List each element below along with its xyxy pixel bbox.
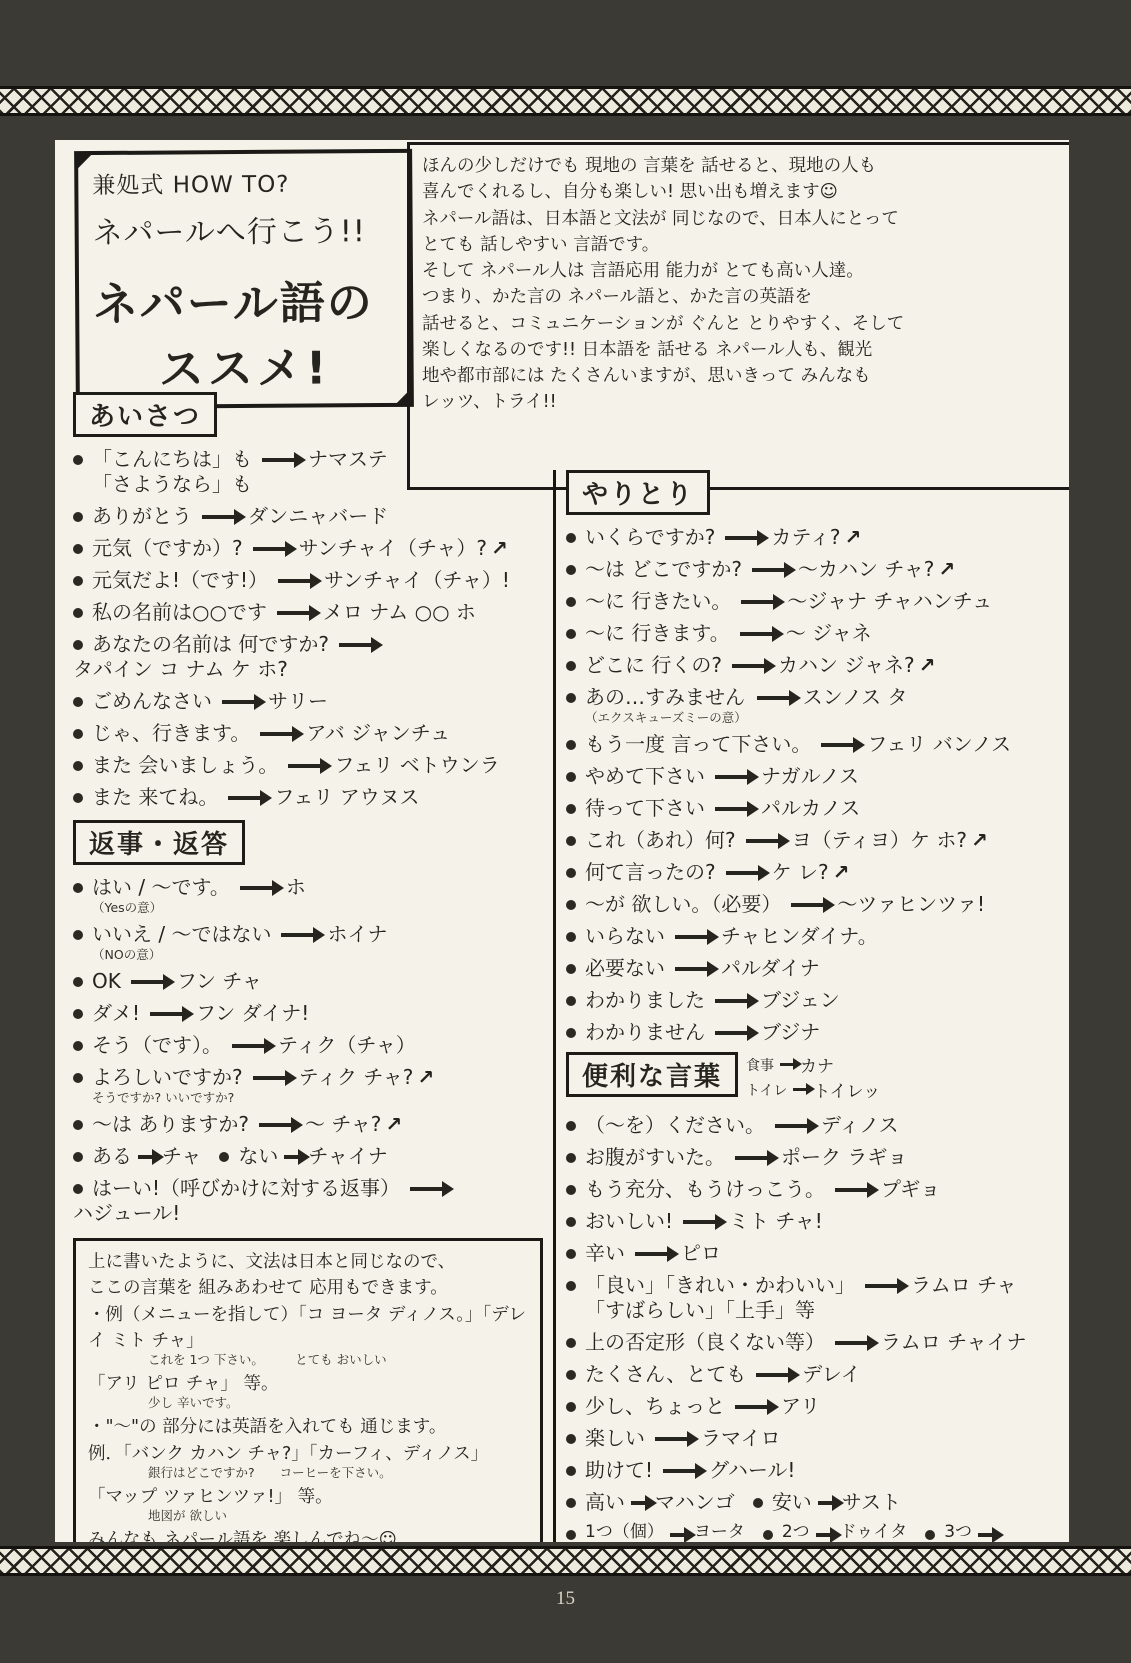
phrase-row: あの…すみません（エクスキューズミーの意）スンノス タ (566, 685, 1065, 725)
phrase-nepali: パルダイナ (721, 956, 820, 981)
phrase-japanese: じゃ、行きます。 (92, 721, 250, 746)
phrase-row: お腹がすいた。ポーク ラギョ (566, 1145, 1065, 1170)
arrow-icon (339, 643, 373, 647)
phrase-japanese-text: ある (92, 1144, 132, 1168)
phrase-japanese: ある (92, 1144, 132, 1169)
rising-intonation-icon: ↗ (971, 828, 988, 852)
phrase-nepali: ディノス (821, 1113, 899, 1138)
scanned-page: 兼処式 HOW TO? ネパールへ行こう!! ネパール語の ススメ! ほんの少し… (0, 0, 1131, 1663)
bullet-icon (566, 900, 576, 910)
phrase-row: 上の否定形（良くない等）ラムロ チャイナ (566, 1330, 1065, 1355)
arrow-icon (278, 579, 312, 583)
phrase-note: （NOの意） (92, 947, 271, 962)
phrase-japanese-text: ごめんなさい (92, 689, 212, 713)
phrase-row: 辛いピロ (566, 1241, 1065, 1266)
arrow-icon (683, 1220, 717, 1224)
phrase-nepali-text: カハン ジャネ? (778, 653, 915, 677)
page-number: 15 (0, 1588, 1131, 1610)
phrase-nepali-text: アバ ジャンチュ (306, 721, 450, 745)
phrase-japanese-text: やめて下さい (585, 764, 705, 788)
phrase-row: 「こんにちは」も「さようなら」もナマステ (73, 447, 563, 497)
phrase-japanese: 高い (585, 1490, 625, 1515)
phrase-japanese-text: わかりません (585, 1020, 705, 1044)
phrase-nepali-text: サスト (842, 1490, 901, 1514)
left-column: あいさつ 「こんにちは」も「さようなら」もナマステありがとうダンニャバード元気（… (73, 392, 563, 1542)
phrase-row: やめて下さいナガルノス (566, 764, 1065, 789)
phrase-japanese: ～に 行きます。 (585, 621, 730, 646)
phrase-japanese-text: どこに 行くの? (585, 653, 722, 677)
phrase-japanese-line2: 「すばらしい」「上手」等 (585, 1298, 855, 1323)
phrase-japanese: わかりません (585, 1020, 705, 1045)
gloss-line: これを 1つ 下さい。 とても おいしい (88, 1352, 528, 1367)
phrase-row: OKフン チャ (73, 969, 563, 994)
greetings-list: 「こんにちは」も「さようなら」もナマステありがとうダンニャバード元気（ですか）?… (73, 447, 563, 810)
text-line: みんなも ネパール語を 楽しんでね～☺ (88, 1527, 528, 1542)
phrase-japanese-text: じゃ、行きます。 (92, 721, 250, 745)
phrase-nepali-text: ～ツァヒンツァ! (837, 892, 985, 916)
phrase-japanese: ～が 欲しい。（必要） (585, 892, 781, 917)
bullet-icon (73, 883, 83, 893)
arrow-icon (410, 1187, 444, 1191)
arrow-icon (232, 1044, 266, 1048)
arrow-icon (675, 935, 709, 939)
arrow-icon (780, 1063, 794, 1066)
arrow-icon (791, 903, 825, 907)
phrase-row: 待って下さいパルカノス (566, 796, 1065, 821)
section-header-replies: 返事・返答 (73, 820, 245, 865)
arrow-icon (715, 1031, 749, 1035)
phrase-row: ～に 行きます。～ ジャネ (566, 621, 1065, 646)
phrase-nepali: ケ レ?↗ (772, 860, 850, 885)
section-header-useful: 便利な言葉 (566, 1052, 738, 1097)
phrase-note: （エクスキューズミーの意） (585, 710, 747, 725)
phrase-nepali: ヨ（ティヨ）ケ ホ?↗ (792, 828, 988, 853)
phrase-nepali: プギョ (881, 1177, 940, 1202)
bullet-icon (566, 868, 576, 878)
bullet-icon (566, 932, 576, 942)
arrow-icon (277, 611, 311, 615)
phrase-nepali-text: ピロ (681, 1241, 721, 1265)
bullet-icon (73, 930, 83, 940)
phrase-nepali-text: サリー (268, 689, 328, 713)
phrase-japanese-text: 少し、ちょっと (585, 1394, 725, 1418)
phrase-nepali: ラムロ チャ (911, 1273, 1017, 1298)
section-useful: 便利な言葉 食事 カナ トイレ トイレッ （～ (566, 1052, 1065, 1542)
phrase-japanese: また 来てね。 (92, 785, 218, 810)
phrase-nepali-text: ミト チャ! (729, 1209, 823, 1233)
bullet-icon (566, 629, 576, 639)
phrase-note: そうですか? いいですか? (92, 1090, 243, 1105)
phrase-row: もう充分、もうけっこう。プギョ (566, 1177, 1065, 1202)
rising-intonation-icon: ↗ (491, 536, 508, 560)
arrow-icon (655, 1437, 689, 1441)
phrase-japanese: 必要ない (585, 956, 665, 981)
phrase-nepali-text: タパイン コ ナム ケ ホ? (73, 657, 288, 681)
phrase-japanese: もう充分、もうけっこう。 (585, 1177, 825, 1202)
bullet-icon (566, 772, 576, 782)
phrase-row: わかりませんブジナ (566, 1020, 1065, 1045)
phrase-japanese: 楽しい (585, 1426, 645, 1451)
phrase-row: ごめんなさいサリー (73, 689, 563, 714)
bullet-icon (73, 1152, 83, 1162)
phrase-japanese-text: また 来てね。 (92, 785, 218, 809)
phrase-row: 助けて!グハール! (566, 1458, 1065, 1483)
phrase-nepali-text: ドゥイタ (840, 1522, 908, 1542)
arrow-icon (732, 664, 766, 668)
phrase-japanese: ごめんなさい (92, 689, 212, 714)
bullet-icon (73, 640, 83, 650)
phrase-nepali: チャ (162, 1144, 201, 1169)
phrase-row: どこに 行くの?カハン ジャネ?↗ (566, 653, 1065, 678)
arrow-icon (740, 632, 774, 636)
replies-list: はい / ～です。（Yesの意）ホいいえ / ～ではない（NOの意）ホイナOKフ… (73, 875, 563, 1226)
phrase-japanese-text: ～は どこですか? (585, 557, 742, 581)
arrow-icon (131, 980, 165, 984)
phrase-nepali: ～ジャナ チャハンチュ (787, 589, 992, 614)
text-line: 上に書いたように、文法は日本と同じなので、 (88, 1249, 528, 1275)
phrase-nepali-text: ティク（チャ） (278, 1033, 416, 1057)
bullet-icon (73, 977, 83, 987)
phrase-japanese: ～は どこですか? (585, 557, 742, 582)
phrase-japanese-text: はい / ～です。 (92, 875, 230, 899)
phrase-row: ～に 行きたい。～ジャナ チャハンチュ (566, 589, 1065, 614)
bullet-icon (566, 597, 576, 607)
arrow-icon (240, 886, 274, 890)
phrase-japanese-text: 3つ (944, 1522, 972, 1542)
phrase-japanese-text: 「こんにちは」も (92, 447, 252, 471)
phrase-row: 楽しいラマイロ (566, 1426, 1065, 1451)
text-line: 楽しくなるのです!! 日本語を 話せる ネパール人も、観光 (422, 337, 1069, 363)
bullet-icon (73, 1073, 83, 1083)
arrow-icon (222, 700, 256, 704)
phrase-row: はーい!（呼びかけに対する返事）ハジュール! (73, 1176, 563, 1226)
arrow-icon (260, 732, 294, 736)
gloss-line: 地図が 欲しい (88, 1508, 528, 1523)
right-column: やりとり いくらですか?カティ?↗～は どこですか?～カハン チャ?↗～に 行き… (553, 470, 1065, 1542)
bullet-icon (73, 1184, 83, 1194)
arrow-icon (138, 1155, 154, 1159)
phrase-row: これ（あれ）何?ヨ（ティヨ）ケ ホ?↗ (566, 828, 1065, 853)
bullet-icon (566, 1402, 576, 1412)
phrase-japanese-text: あなたの名前は 何ですか? (92, 632, 329, 656)
bullet-icon (566, 1370, 576, 1380)
phrase-row: わかりましたブジェン (566, 988, 1065, 1013)
section-header-exchange: やりとり (566, 470, 710, 515)
phrase-japanese: これ（あれ）何? (585, 828, 736, 853)
bullet-icon (566, 1185, 576, 1195)
phrase-nepali: ピロ (681, 1241, 721, 1266)
phrase-japanese: 上の否定形（良くない等） (585, 1330, 825, 1355)
phrase-japanese: 食事 (746, 1055, 774, 1075)
bullet-icon (73, 1120, 83, 1130)
phrase-japanese-text: 助けて! (585, 1458, 653, 1482)
phrase-nepali: ナガルノス (761, 764, 859, 789)
phrase-row: トイレ トイレッ (746, 1077, 880, 1102)
phrase-nepali-text: ヨータ (694, 1522, 745, 1542)
phrase-japanese: いくらですか? (585, 525, 715, 550)
phrase-row: ありがとうダンニャバード (73, 504, 563, 529)
text-line: 「マップ ツァヒンツァ!」 等。 (88, 1484, 528, 1510)
phrase-japanese: いいえ / ～ではない（NOの意） (92, 922, 271, 962)
phrase-row: （～を）ください。ディノス (566, 1113, 1065, 1138)
phrase-nepali: ナマステ (308, 447, 388, 472)
phrase-japanese-text: 楽しい (585, 1426, 645, 1450)
phrase-nepali: フェリ アウヌス (274, 785, 419, 810)
phrase-nepali: ～ ジャネ (786, 621, 872, 646)
phrase-nepali: ドゥイタ (840, 1522, 908, 1542)
phrase-nepali: サスト (842, 1490, 901, 1515)
phrase-nepali: ミト チャ! (729, 1209, 823, 1234)
phrase-nepali: ～ チャ?↗ (305, 1112, 402, 1137)
phrase-nepali-text: パルダイナ (721, 956, 820, 980)
phrase-nepali: ホイナ (327, 922, 387, 947)
text-line: 地や都市部には たくさんいますが、思いきって みんなも (422, 363, 1069, 389)
phrase-japanese-text: 元気だよ!（です!） (92, 568, 268, 592)
phrase-japanese: もう一度 言って下さい。 (585, 732, 811, 757)
phrase-japanese: 辛い (585, 1241, 625, 1266)
phrase-japanese: 待って下さい (585, 796, 705, 821)
phrase-japanese-text: もう充分、もうけっこう。 (585, 1177, 825, 1201)
arrow-icon (631, 1501, 647, 1505)
phrase-japanese-text: もう一度 言って下さい。 (585, 732, 811, 756)
bullet-icon (566, 1121, 576, 1131)
useful-list: （～を）ください。ディノスお腹がすいた。ポーク ラギョもう充分、もうけっこう。プ… (566, 1113, 1065, 1542)
phrase-japanese: ありがとう (92, 504, 192, 529)
arrow-icon (757, 696, 791, 700)
arrow-icon (816, 1533, 832, 1537)
phrase-japanese: よろしいですか?そうですか? いいですか? (92, 1065, 243, 1105)
phrase-nepali: ポーク ラギョ (781, 1145, 907, 1170)
title-subtitle: ネパールへ行こう!! (93, 206, 395, 252)
phrase-japanese-text: ダメ! (92, 1001, 140, 1025)
phrase-japanese-text: 何て言ったの? (585, 860, 716, 884)
phrase-nepali-text: フェリ アウヌス (274, 785, 419, 809)
phrase-nepali: チャヒンダイナ。 (721, 924, 878, 949)
section-greetings: あいさつ 「こんにちは」も「さようなら」もナマステありがとうダンニャバード元気（… (73, 392, 563, 810)
phrase-nepali-text: デレイ (802, 1362, 861, 1386)
phrase-japanese-text: そう（です）。 (92, 1033, 222, 1057)
phrase-nepali: アバ ジャンチュ (306, 721, 450, 746)
arrow-icon (202, 515, 236, 519)
ornament-border-bottom (0, 1546, 1131, 1576)
phrase-nepali: ラマイロ (701, 1426, 781, 1451)
phrase-nepali-text: プギョ (881, 1177, 940, 1201)
phrase-nepali: フェリ ベトウンラ (334, 753, 499, 778)
useful-words-header-row: 便利な言葉 食事 カナ トイレ トイレッ (566, 1052, 1065, 1107)
exchange-list: いくらですか?カティ?↗～は どこですか?～カハン チャ?↗～に 行きたい。～ジ… (566, 525, 1065, 1045)
phrase-japanese: トイレ (746, 1080, 787, 1100)
phrase-nepali-text: チャ (162, 1144, 201, 1168)
phrase-nepali: ラムロ チャイナ (881, 1330, 1027, 1355)
arrow-icon (670, 1533, 686, 1537)
phrase-japanese: 3つ (944, 1522, 972, 1542)
phrase-japanese: はーい!（呼びかけに対する返事） (92, 1176, 400, 1201)
phrase-nepali-text: ブジェン (761, 988, 840, 1012)
phrase-nepali: サリー (268, 689, 328, 714)
arrow-icon (715, 999, 749, 1003)
bullet-icon (73, 544, 83, 554)
phrase-nepali-text: ブジナ (761, 1020, 820, 1044)
phrase-nepali: マハンゴ (655, 1490, 735, 1515)
bullet-icon (566, 1530, 576, 1540)
arrow-icon (675, 967, 709, 971)
phrase-row: ～は ありますか?～ チャ?↗ (73, 1112, 563, 1137)
arrow-icon (726, 871, 760, 875)
rising-intonation-icon: ↗ (385, 1112, 402, 1136)
bullet-icon (566, 964, 576, 974)
phrase-nepali: ホ (286, 875, 306, 900)
bullet-icon (566, 565, 576, 575)
bullet-icon (753, 1498, 763, 1508)
text-line: ・"～"の 部分には英語を入れても 通じます。 (88, 1414, 528, 1440)
phrase-row: ～は どこですか?～カハン チャ?↗ (566, 557, 1065, 582)
phrase-nepali-text: ティク チャ? (299, 1065, 414, 1089)
bullet-icon (73, 1009, 83, 1019)
phrase-nepali-text: マハンゴ (655, 1490, 735, 1514)
bullet-icon (73, 608, 83, 618)
bullet-icon (566, 533, 576, 543)
phrase-nepali: デレイ (802, 1362, 861, 1387)
phrase-nepali: ブジナ (761, 1020, 820, 1045)
phrase-row: いらないチャヒンダイナ。 (566, 924, 1065, 949)
phrase-nepali: グハール! (709, 1458, 795, 1483)
phrase-nepali-text: ディノス (821, 1113, 899, 1137)
phrase-nepali-text: ナマステ (308, 447, 388, 471)
section-exchange: やりとり いくらですか?カティ?↗～は どこですか?～カハン チャ?↗～に 行き… (566, 470, 1065, 1045)
phrase-japanese-text: （～を）ください。 (585, 1113, 765, 1137)
phrase-japanese: おいしい! (585, 1209, 673, 1234)
phrase-nepali: ハジュール! (73, 1201, 180, 1226)
arrow-icon (288, 764, 322, 768)
phrase-row: はい / ～です。（Yesの意）ホ (73, 875, 563, 915)
phrase-nepali: スンノス タ (803, 685, 908, 710)
phrase-nepali: ～ツァヒンツァ! (837, 892, 985, 917)
bullet-icon (219, 1152, 229, 1162)
bullet-icon (566, 996, 576, 1006)
phrase-japanese: ～は ありますか? (92, 1112, 249, 1137)
bullet-icon (73, 455, 83, 465)
phrase-japanese-text: ～に 行きます。 (585, 621, 730, 645)
phrase-nepali-text: ダンニャバード (248, 504, 388, 528)
phrase-nepali-text: フン チャ (177, 969, 262, 993)
phrase-japanese-text: ～に 行きたい。 (585, 589, 731, 613)
arrow-icon (793, 1088, 807, 1091)
phrase-japanese: あなたの名前は 何ですか? (92, 632, 329, 657)
phrase-japanese: ダメ! (92, 1001, 140, 1026)
arrow-icon (752, 568, 786, 572)
phrase-japanese: 少し、ちょっと (585, 1394, 725, 1419)
phrase-row: おいしい!ミト チャ! (566, 1209, 1065, 1234)
phrase-japanese-text: 2つ (782, 1522, 810, 1542)
title-kicker: 兼処式 HOW TO? (92, 165, 394, 200)
arrow-icon (735, 1156, 769, 1160)
phrase-row: 食事 カナ (746, 1052, 880, 1077)
arrow-icon (284, 1155, 300, 1159)
page-title-line2: ススメ! (93, 331, 395, 398)
phrase-nepali-text: ラムロ チャイナ (881, 1330, 1027, 1354)
phrase-row: 「良い」「きれい・かわいい」「すばらしい」「上手」等ラムロ チャ (566, 1273, 1065, 1323)
phrase-nepali-text: チャイナ (308, 1144, 387, 1168)
phrase-row: 私の名前は○○ですメロ ナム ○○ ホ (73, 600, 563, 625)
phrase-japanese-text: いくらですか? (585, 525, 715, 549)
bullet-icon (73, 793, 83, 803)
bullet-icon (566, 740, 576, 750)
phrase-nepali: メロ ナム ○○ ホ (323, 600, 476, 625)
phrase-nepali: カティ?↗ (771, 525, 861, 550)
phrase-row: 1つ（個）ヨータ2つドゥイタ3つティンタ (566, 1522, 1065, 1542)
phrase-nepali: フン チャ (177, 969, 262, 994)
phrase-japanese-text: 私の名前は○○です (92, 600, 267, 624)
phrase-row: ダメ!フン ダイナ! (73, 1001, 563, 1026)
bullet-icon (566, 1028, 576, 1038)
phrase-row: いくらですか?カティ?↗ (566, 525, 1065, 550)
phrase-japanese-text: ありがとう (92, 504, 192, 528)
phrase-japanese: 「良い」「きれい・かわいい」「すばらしい」「上手」等 (585, 1273, 855, 1323)
text-line: ・例（メニューを指して）「コ ヨータ ディノス。」「デレイ ミト チャ」 (88, 1302, 528, 1355)
bullet-icon (566, 693, 576, 703)
phrase-japanese-text: 辛い (585, 1241, 625, 1265)
text-line: 例．「バンク カハン チャ?」「カーフィ、ディノス」 (88, 1441, 528, 1467)
phrase-row: いいえ / ～ではない（NOの意）ホイナ (73, 922, 563, 962)
arrow-icon (259, 1123, 293, 1127)
arrow-icon (835, 1341, 869, 1345)
phrase-nepali-text: メロ ナム ○○ ホ (323, 600, 476, 624)
phrase-nepali-text: ナガルノス (761, 764, 859, 788)
phrase-japanese: ～に 行きたい。 (585, 589, 731, 614)
bullet-icon (566, 804, 576, 814)
bullet-icon (73, 761, 83, 771)
phrase-row: 元気だよ!（です!）サンチャイ（チャ）! (73, 568, 563, 593)
phrase-row: 元気（ですか）?サンチャイ（チャ）?↗ (73, 536, 563, 561)
phrase-row: あるチャないチャイナ (73, 1144, 563, 1169)
bullet-icon (73, 1041, 83, 1051)
phrase-japanese: たくさん、とても (585, 1362, 746, 1387)
phrase-japanese: 元気（ですか）? (92, 536, 243, 561)
phrase-nepali: ～カハン チャ?↗ (798, 557, 955, 582)
phrase-nepali-text: ～ジャナ チャハンチュ (787, 589, 992, 613)
text-line: 喜んでくれるし、自分も楽しい! 思い出も増えます☺ (422, 179, 1069, 205)
phrase-nepali-text: ～カハン チャ? (798, 557, 934, 581)
page-title: ネパール語の (93, 266, 395, 333)
phrase-japanese-text: これ（あれ）何? (585, 828, 736, 852)
text-line: 「アリ ピロ チャ」 等。 (88, 1371, 528, 1397)
phrase-japanese-text: よろしいですか? (92, 1065, 243, 1089)
phrase-japanese-text: また 会いましょう。 (92, 753, 278, 777)
phrase-row: ～が 欲しい。（必要）～ツァヒンツァ! (566, 892, 1065, 917)
phrase-nepali-text: パルカノス (761, 796, 860, 820)
arrow-icon (821, 743, 855, 747)
phrase-japanese: 2つ (782, 1522, 810, 1542)
arrow-icon (150, 1012, 184, 1016)
bullet-icon (763, 1530, 773, 1540)
arrow-icon (715, 775, 749, 779)
phrase-note: （Yesの意） (92, 900, 230, 915)
arrow-icon (978, 1533, 994, 1537)
phrase-japanese-text: いいえ / ～ではない (92, 922, 271, 946)
phrase-nepali-text: カティ? (771, 525, 840, 549)
arrow-icon (746, 839, 780, 843)
rising-intonation-icon: ↗ (938, 557, 955, 581)
ornament-border-top (0, 86, 1131, 116)
phrase-japanese: 元気だよ!（です!） (92, 568, 268, 593)
phrase-japanese-text: いらない (585, 924, 665, 948)
bullet-icon (566, 1338, 576, 1348)
phrase-japanese-text: はーい!（呼びかけに対する返事） (92, 1176, 400, 1200)
phrase-nepali-text: フェリ ベトウンラ (334, 753, 499, 777)
phrase-japanese-text: ない (238, 1144, 278, 1168)
gloss-line: 少し 辛いです。 (88, 1395, 528, 1410)
bullet-icon (566, 836, 576, 846)
